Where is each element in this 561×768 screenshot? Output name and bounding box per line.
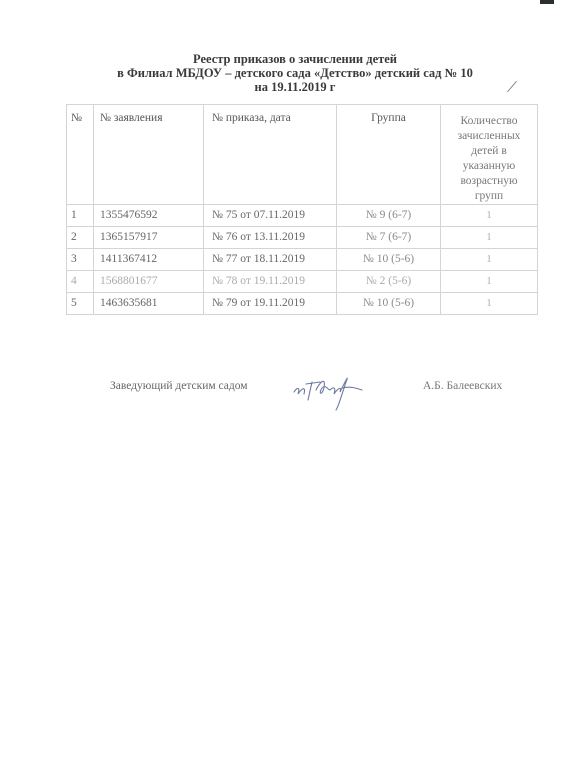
cell-number: 2 [67,227,94,249]
cell-application: 1568801677 [94,271,204,293]
signatory-name: А.Б. Балеевских [423,380,502,392]
cell-order: № 76 от 13.11.2019 [204,227,337,249]
cell-number: 4 [67,271,94,293]
title-line-1: Реестр приказов о зачислении детей [60,52,530,66]
title-line-2: в Филиал МБДОУ – детского сада «Детство»… [60,66,530,80]
signatory-position: Заведующий детским садом [110,380,248,392]
handwritten-signature-icon [290,362,370,412]
cell-group: № 9 (6-7) [337,205,441,227]
table-row: 1 1355476592 № 75 от 07.11.2019 № 9 (6-7… [67,205,538,227]
header-application-number: № заявления [94,105,204,205]
cell-count: 1 [441,271,538,293]
cell-application: 1365157917 [94,227,204,249]
cell-group: № 2 (5-6) [337,271,441,293]
table-header-row: № № заявления № приказа, дата Группа Кол… [67,105,538,205]
cell-count: 1 [441,293,538,315]
cell-group: № 7 (6-7) [337,227,441,249]
table-row: 5 1463635681 № 79 от 19.11.2019 № 10 (5-… [67,293,538,315]
header-order-date: № приказа, дата [204,105,337,205]
cell-number: 3 [67,249,94,271]
table-row: 4 1568801677 № 78 от 19.11.2019 № 2 (5-6… [67,271,538,293]
cell-order: № 77 от 18.11.2019 [204,249,337,271]
cell-number: 1 [67,205,94,227]
cell-application: 1463635681 [94,293,204,315]
table-row: 2 1365157917 № 76 от 13.11.2019 № 7 (6-7… [67,227,538,249]
document-title: Реестр приказов о зачислении детей в Фил… [60,52,530,94]
header-enrolled-count: Количество зачисленных детей в указанную… [441,105,538,205]
cell-count: 1 [441,227,538,249]
title-line-3: на 19.11.2019 г [60,80,530,94]
cell-order: № 78 от 19.11.2019 [204,271,337,293]
header-number: № [67,105,94,205]
cell-application: 1411367412 [94,249,204,271]
cell-order: № 79 от 19.11.2019 [204,293,337,315]
cell-order: № 75 от 07.11.2019 [204,205,337,227]
cell-group: № 10 (5-6) [337,249,441,271]
cell-application: 1355476592 [94,205,204,227]
cell-count: 1 [441,249,538,271]
scan-edge-mark [540,0,554,4]
cell-number: 5 [67,293,94,315]
enrollment-registry-table: № № заявления № приказа, дата Группа Кол… [66,104,538,315]
header-group: Группа [337,105,441,205]
cell-group: № 10 (5-6) [337,293,441,315]
table-row: 3 1411367412 № 77 от 18.11.2019 № 10 (5-… [67,249,538,271]
cell-count: 1 [441,205,538,227]
